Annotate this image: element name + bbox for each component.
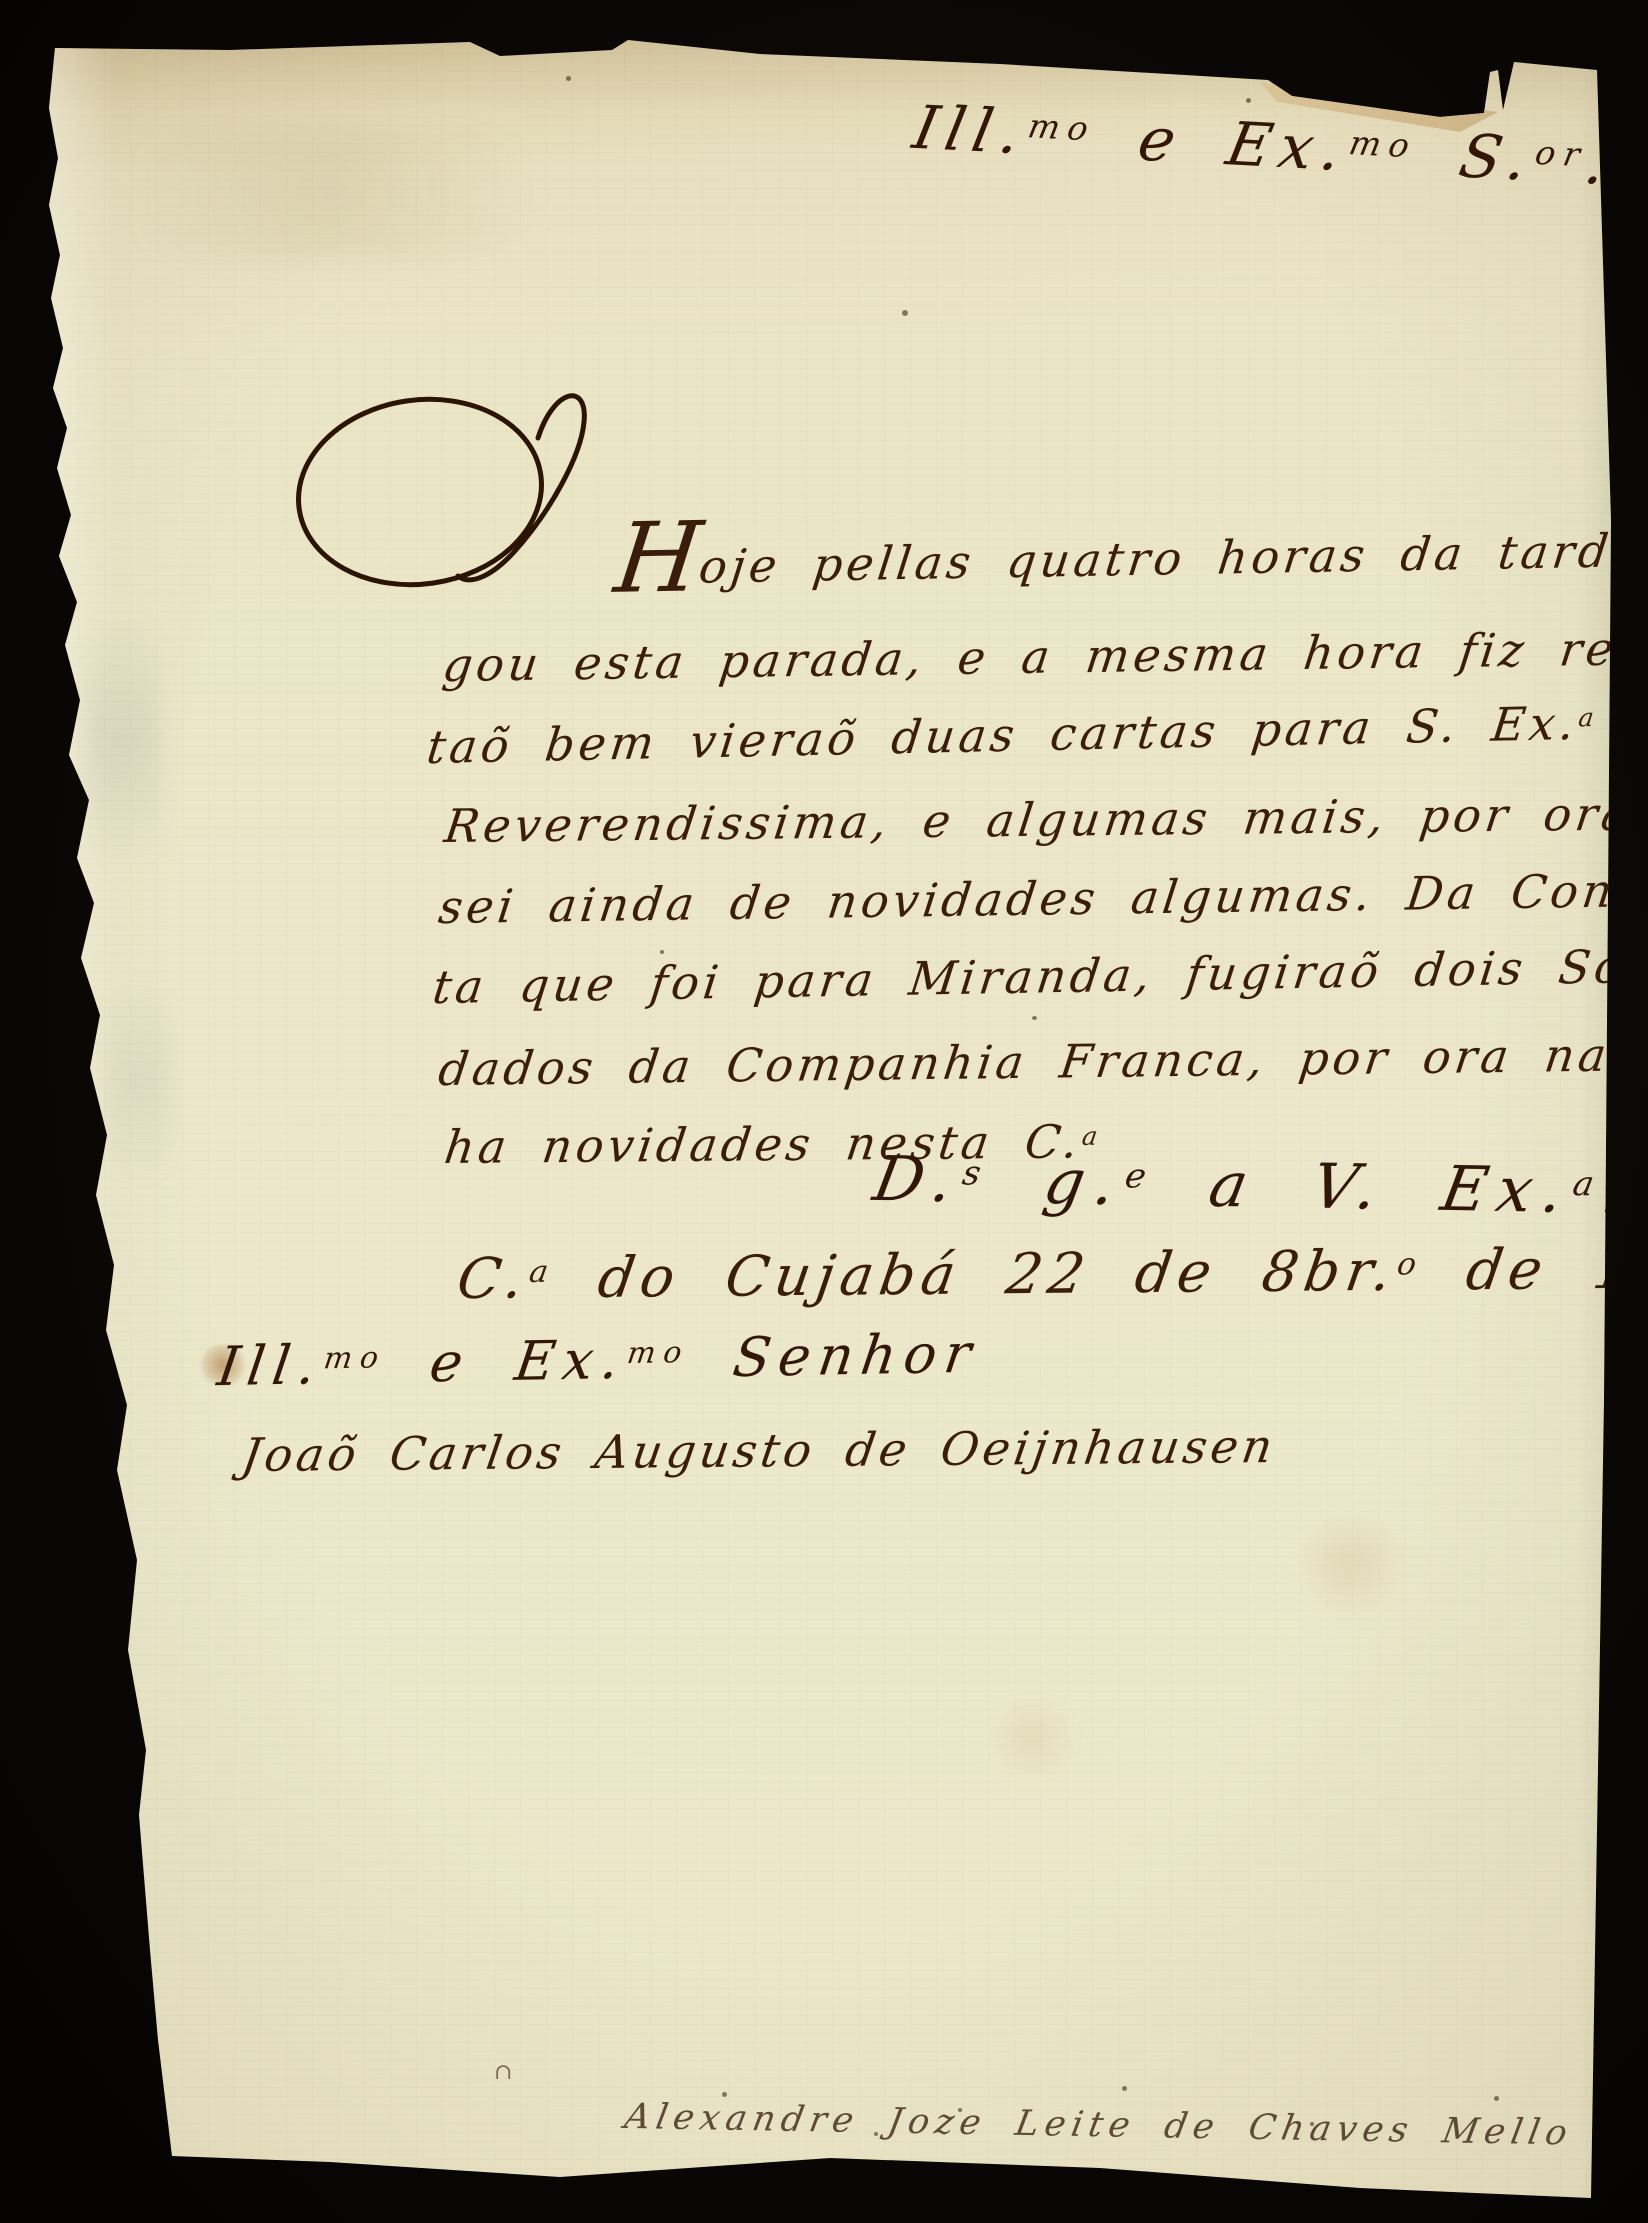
pencil-mark: ∩ [494,2062,512,2084]
paper-texture [0,0,1648,2223]
date-place-line: C.a do Cujabá 22 de 8br.o de 1809 [454,1241,1648,1308]
ink-speck [902,310,908,316]
addressee-name-line: Joaõ Carlos Augusto de Oeijnhausen [239,1423,1279,1478]
aging-wash [70,130,590,260]
body-line-7: dados da Companhia Franca, por ora naõ [436,1031,1645,1092]
body-line-4: Reverendissima, e algumas mais, por ora … [442,789,1648,849]
ink-speck [1032,1016,1037,1020]
ink-speck [1246,98,1251,103]
valediction-line: D.s g.e a V. Ex.a. [869,1148,1638,1223]
calligraphic-flourish-icon [292,380,622,610]
ink-speck [566,76,571,81]
ink-speck [1494,2096,1499,2101]
ink-showthrough [85,575,160,905]
ink-speck [722,2092,727,2097]
photo-background: Ill.mo e Ex.mo S.or. Hoje pellas quatro … [0,0,1648,2223]
faint-stain [985,1700,1080,1775]
letter-paper: Ill.mo e Ex.mo S.or. Hoje pellas quatro … [0,0,1648,2223]
ink-speck [660,950,664,954]
ink-speck [1122,2086,1127,2091]
faint-stain [1290,1515,1410,1610]
ink-showthrough [108,945,170,1215]
